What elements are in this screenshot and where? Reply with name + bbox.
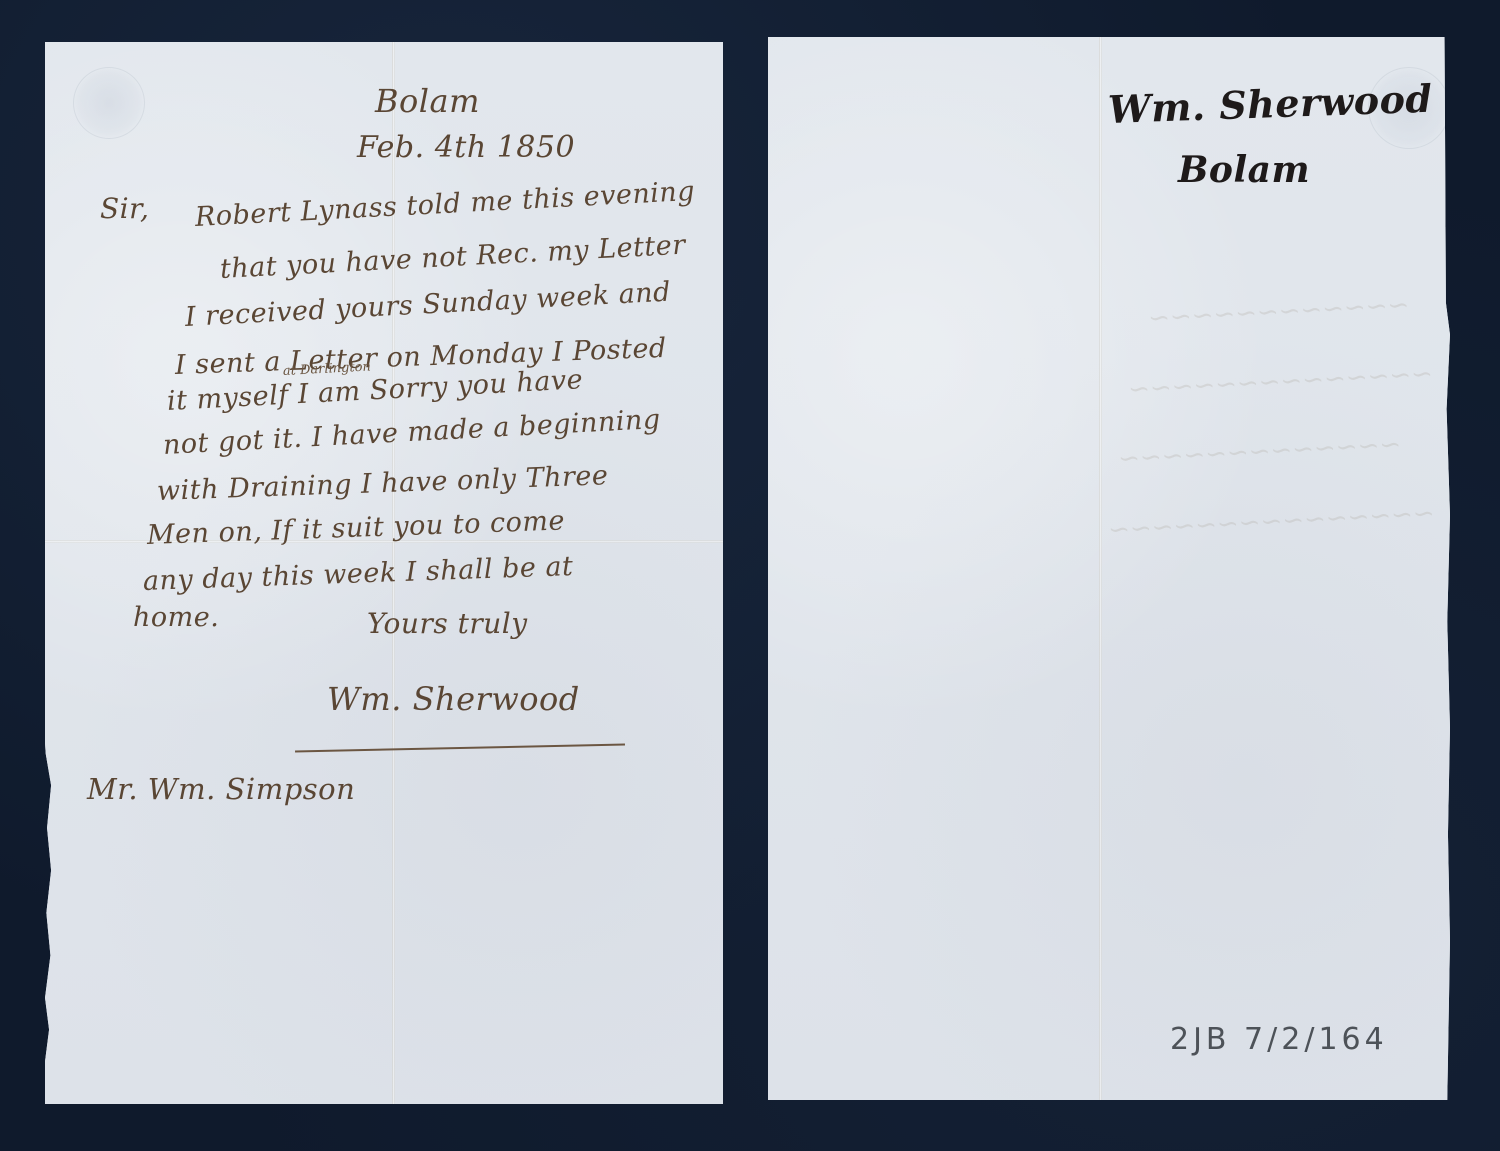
letter-salutation: Sir,: [100, 192, 149, 225]
letter-body-line: that you have not Rec. my Letter: [219, 230, 686, 285]
letter-body-line: home.: [133, 602, 219, 633]
letter-body-line: I received yours Sunday week and: [184, 277, 671, 333]
letter-place-heading: Bolam: [375, 82, 480, 120]
letter-page-back: ~~~~~~~~~~~~ ~~~~~~~~~~~~~~ ~~~~~~~~~~~~…: [768, 37, 1450, 1100]
letter-body-line: with Draining I have only Three: [156, 460, 608, 507]
letter-signature: Wm. Sherwood: [327, 680, 580, 718]
letter-body-line: Robert Lynass told me this evening: [194, 176, 696, 233]
ink-showthrough: ~~~~~~~~~~~~: [1147, 290, 1410, 334]
letter-addressee: Mr. Wm. Simpson: [87, 772, 355, 806]
letter-body-line: Men on, If it suit you to come: [146, 505, 565, 551]
archive-reference: 2JB 7/2/164: [1170, 1022, 1388, 1057]
ink-showthrough: ~~~~~~~~~~~~~~: [1127, 359, 1433, 405]
letter-page-front: Bolam Feb. 4th 1850 Sir, Robert Lynass t…: [45, 42, 723, 1104]
docket-place: Bolam: [1178, 149, 1310, 191]
signature-underline: [295, 744, 625, 752]
letter-body-line: any day this week I shall be at: [142, 551, 573, 597]
letter-closing: Yours truly: [367, 607, 528, 640]
ink-showthrough: ~~~~~~~~~~~~~~~: [1107, 498, 1435, 545]
ink-showthrough: ~~~~~~~~~~~~~: [1117, 430, 1401, 475]
letter-date: Feb. 4th 1850: [357, 130, 575, 165]
embossed-stamp-icon: [73, 67, 145, 139]
fold-line-vertical: [1099, 37, 1102, 1100]
